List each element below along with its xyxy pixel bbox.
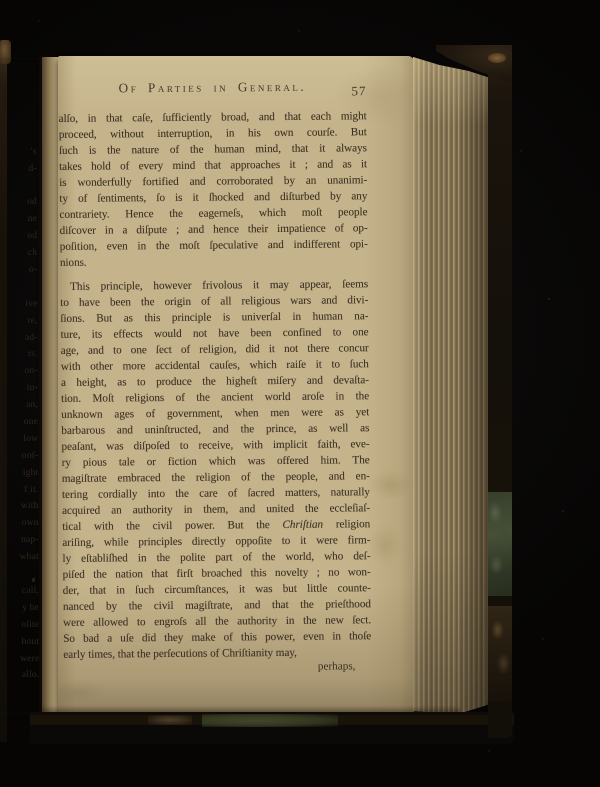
text-line: poſition, even in the moſt ſpeculative a… — [60, 236, 368, 255]
leather-bottom-patch — [148, 715, 192, 725]
page-header-title: Of Parties in General. — [119, 79, 307, 96]
book-cover-right-board — [488, 50, 512, 738]
marbled-board-edge-green — [488, 492, 512, 596]
previous-page-text-fragment: low — [6, 431, 38, 448]
leather-wear-spot — [488, 53, 506, 63]
previous-page-text-fragment: 's — [5, 144, 37, 161]
previous-page-text-fragment: f it. — [6, 482, 38, 499]
previous-page-text-fragment: od — [5, 194, 37, 211]
previous-page-text-fragment: alſo. — [7, 667, 39, 684]
ink-speck — [32, 578, 35, 582]
previous-page-edge: 'sd-odneodcho-ivere,ad-rs.on-in-an,onelo… — [2, 58, 42, 714]
catchword: perhaps, — [63, 660, 355, 675]
previous-page-text-fragment: ad- — [6, 329, 38, 346]
previous-page-text-fragment: nap- — [7, 532, 39, 549]
previous-page-text-fragment: d- — [5, 161, 37, 178]
text-line: So bad a uſe did they make of this power… — [63, 628, 371, 647]
previous-page-text-fragment: hout — [7, 634, 39, 651]
book-cover-bottom-board — [30, 712, 514, 744]
paragraph: This principle, however frivolous it may… — [60, 276, 371, 663]
previous-page-text-fragment — [5, 177, 37, 194]
previous-page-text-fragment: o- — [5, 262, 37, 279]
previous-page-text-fragment: ch — [5, 245, 37, 262]
page-edge-sheen — [413, 56, 490, 716]
previous-page-text-fragment: rs. — [6, 346, 38, 363]
previous-page-text-fragment: were — [7, 650, 39, 667]
page-text: alſo, in that caſe, ſufficiently broad, … — [59, 108, 372, 663]
previous-page-text-fragment: od — [5, 228, 37, 245]
previous-page-text-fragment: re, — [6, 313, 38, 330]
previous-page-text-fragment: with — [7, 498, 39, 515]
previous-page-text-fragments: 'sd-odneodcho-ivere,ad-rs.on-in-an,onelo… — [4, 110, 39, 684]
marbled-bottom-patch — [202, 714, 338, 727]
text-line: nions. — [60, 252, 368, 271]
previous-page-text-fragment — [5, 127, 37, 144]
previous-page-text-fragment: oſite — [7, 617, 39, 634]
previous-page-text-fragment: an, — [6, 397, 38, 414]
fore-edge-pages — [413, 56, 490, 716]
previous-page-text-fragment: oof- — [6, 448, 38, 465]
previous-page-text-fragment: ne — [5, 211, 37, 228]
running-header: Of Parties in General. — [58, 77, 366, 98]
previous-page-text-fragment: own — [7, 515, 39, 532]
previous-page-text-fragment: ight — [6, 465, 38, 482]
previous-page-text-fragment: y be — [7, 600, 39, 617]
previous-page-text-fragment: one — [6, 414, 38, 431]
book: 'sd-odneodcho-ivere,ad-rs.on-in-an,onelo… — [0, 0, 600, 787]
previous-page-text-fragment — [5, 279, 37, 296]
paragraph: alſo, in that caſe, ſufficiently broad, … — [59, 108, 368, 271]
previous-page-text-fragment: ive — [5, 296, 37, 313]
page-content: Of Parties in General. 57 alſo, in that … — [55, 54, 417, 718]
previous-page-text-fragment: on- — [6, 363, 38, 380]
photo-background: 'sd-odneodcho-ivere,ad-rs.on-in-an,onelo… — [0, 0, 600, 787]
book-page: Of Parties in General. 57 alſo, in that … — [58, 56, 414, 717]
previous-page-text-fragment: call, — [7, 583, 39, 600]
marbled-board-edge-gold — [488, 606, 512, 702]
previous-page-text-fragment — [4, 110, 36, 127]
previous-page-text-fragment: in- — [6, 380, 38, 397]
previous-page-text-fragment: what — [7, 549, 39, 566]
page-number: 57 — [351, 83, 366, 99]
